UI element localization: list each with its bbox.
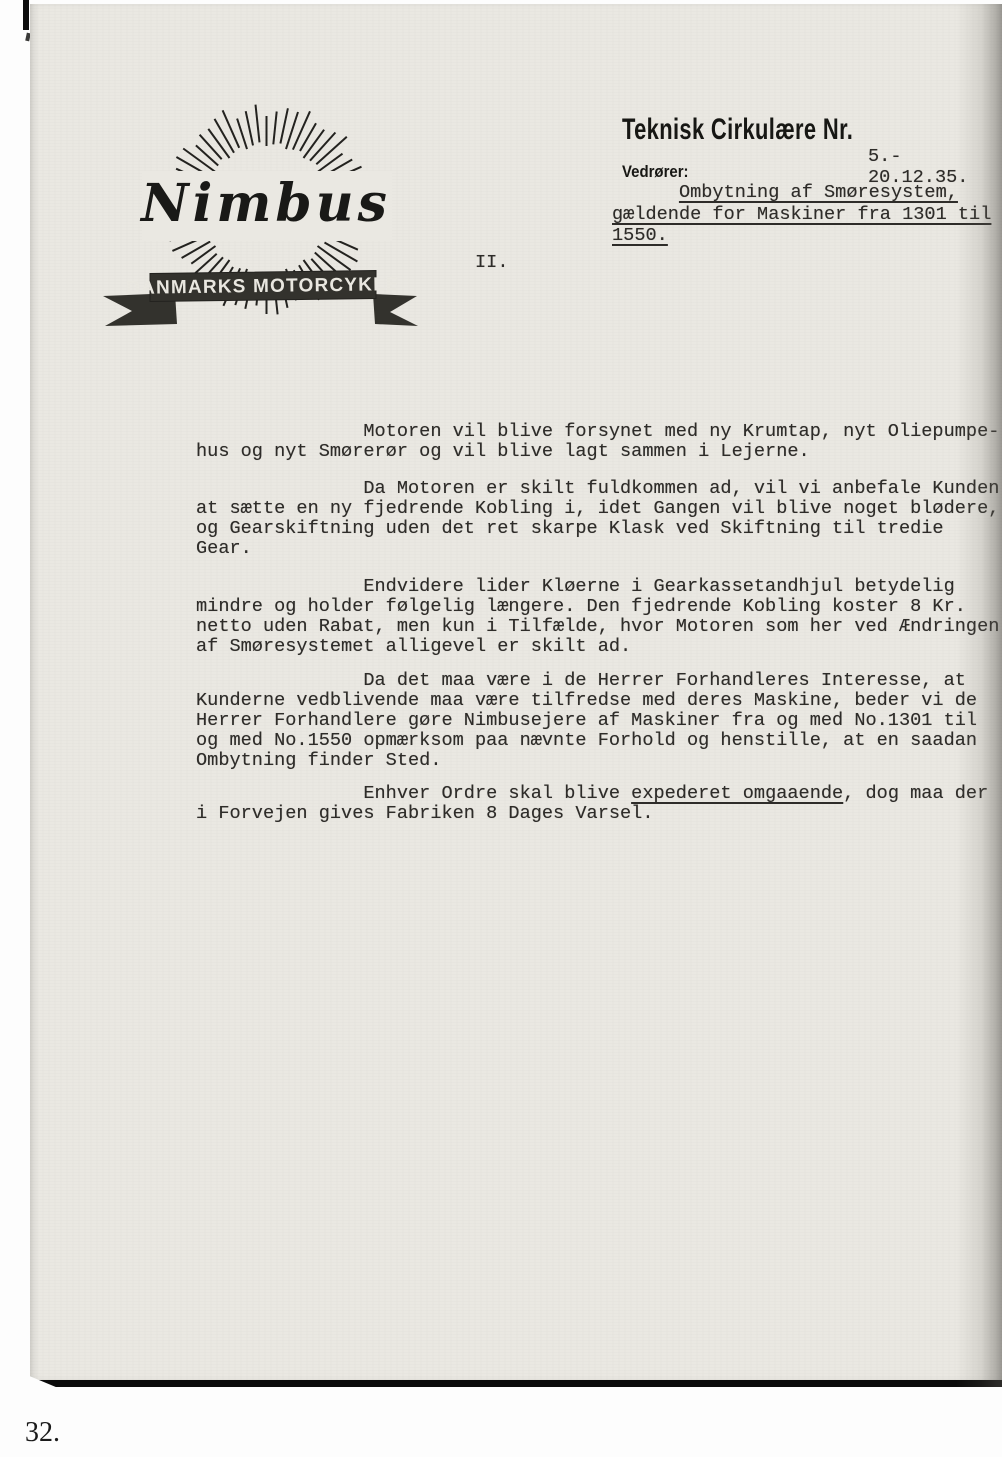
text-segment: Kunderne vedblivende maa være tilfredse … <box>196 690 977 711</box>
text-line: 1550. <box>612 225 991 247</box>
text-segment <box>612 182 679 203</box>
underlined-text: Ombytning af Smøresystem, <box>679 182 958 203</box>
text-line: i Forvejen gives Fabriken 8 Dages Varsel… <box>196 804 999 824</box>
scanned-page-canvas: Nimbus DANMARKS MOTORCYKLE Teknisk Cirku… <box>0 0 1002 1457</box>
text-line: Da det maa være i de Herrer Forhandleres… <box>196 671 999 691</box>
paragraph: Da Motoren er skilt fuldkommen ad, vil v… <box>196 479 999 559</box>
regarding-label: Vedrører: <box>622 162 689 182</box>
text-line: Enhver Ordre skal blive expederet omgaae… <box>196 784 999 804</box>
text-line: Ombytning af Smøresystem, <box>612 182 991 204</box>
paper-sheet: Nimbus DANMARKS MOTORCYKLE Teknisk Cirku… <box>30 4 1002 1387</box>
text-segment: Endvidere lider Kløerne i Gearkassetandh… <box>196 576 955 597</box>
text-segment: netto uden Rabat, men kun i Tilfælde, hv… <box>196 616 999 637</box>
text-segment: af Smøresystemet alligevel er skilt ad. <box>196 636 631 657</box>
text-segment: hus og nyt Smørerør og vil blive lagt sa… <box>196 441 810 462</box>
text-line: at sætte en ny fjedrende Kobling i, idet… <box>196 499 999 519</box>
subject-block: Ombytning af Smøresystem,gældende for Ma… <box>612 182 991 247</box>
binding-mark <box>23 0 29 30</box>
text-line: Kunderne vedblivende maa være tilfredse … <box>196 691 999 711</box>
section-numeral: II. <box>475 252 508 273</box>
text-line: netto uden Rabat, men kun i Tilfælde, hv… <box>196 617 999 637</box>
text-segment: og Gearskiftning uden det ret skarpe Kla… <box>196 518 944 539</box>
text-segment: Da Motoren er skilt fuldkommen ad, vil v… <box>196 478 999 499</box>
text-line: mindre og holder følgelig længere. Den f… <box>196 597 999 617</box>
underlined-text: 1550. <box>612 225 668 246</box>
text-segment: Motoren vil blive forsynet med ny Krumta… <box>196 421 999 442</box>
body-text: Motoren vil blive forsynet med ny Krumta… <box>196 422 999 824</box>
text-segment: , dog maa der <box>843 783 988 804</box>
text-line: Endvidere lider Kløerne i Gearkassetandh… <box>196 577 999 597</box>
text-line: hus og nyt Smørerør og vil blive lagt sa… <box>196 442 999 462</box>
text-segment: i Forvejen gives Fabriken 8 Dages Varsel… <box>196 803 653 824</box>
corner-notch <box>27 1375 63 1390</box>
underlined-text: gældende for Maskiner fra 1301 til <box>612 204 991 225</box>
text-line: og med No.1550 opmærksom paa nævnte Forh… <box>196 731 999 751</box>
page-number: 32. <box>25 1417 60 1449</box>
paragraph: Da det maa være i de Herrer Forhandleres… <box>196 671 999 771</box>
text-segment: Enhver Ordre skal blive <box>196 783 631 804</box>
text-segment: Herrer Forhandlere gøre Nimbusejere af M… <box>196 710 977 731</box>
brand-script-text: Nimbus <box>139 173 391 234</box>
text-line: Herrer Forhandlere gøre Nimbusejere af M… <box>196 711 999 731</box>
nimbus-logo: Nimbus DANMARKS MOTORCYKLE <box>100 89 430 339</box>
paragraph: Endvidere lider Kløerne i Gearkassetandh… <box>196 577 999 657</box>
text-line: Da Motoren er skilt fuldkommen ad, vil v… <box>196 479 999 499</box>
text-line: Gear. <box>196 539 999 559</box>
underlined-text: expederet omgaaende <box>631 783 843 804</box>
ribbon-tail-right <box>373 294 418 326</box>
text-segment: at sætte en ny fjedrende Kobling i, idet… <box>196 498 999 519</box>
text-line: Motoren vil blive forsynet med ny Krumta… <box>196 422 999 442</box>
text-segment: Da det maa være i de Herrer Forhandleres… <box>196 670 966 691</box>
text-segment: Gear. <box>196 538 252 559</box>
circular-title: Teknisk Cirkulære Nr. <box>622 114 853 146</box>
text-segment: mindre og holder følgelig længere. Den f… <box>196 596 966 617</box>
ribbon-banner-text: DANMARKS MOTORCYKLE <box>126 274 400 299</box>
paragraph: Enhver Ordre skal blive expederet omgaae… <box>196 784 999 824</box>
text-line: og Gearskiftning uden det ret skarpe Kla… <box>196 519 999 539</box>
text-segment: Ombytning finder Sted. <box>196 750 441 771</box>
text-segment: og med No.1550 opmærksom paa nævnte Forh… <box>196 730 977 751</box>
paragraph: Motoren vil blive forsynet med ny Krumta… <box>196 422 999 462</box>
text-line: gældende for Maskiner fra 1301 til <box>612 204 991 226</box>
text-line: af Smøresystemet alligevel er skilt ad. <box>196 637 999 657</box>
text-line: Ombytning finder Sted. <box>196 751 999 771</box>
